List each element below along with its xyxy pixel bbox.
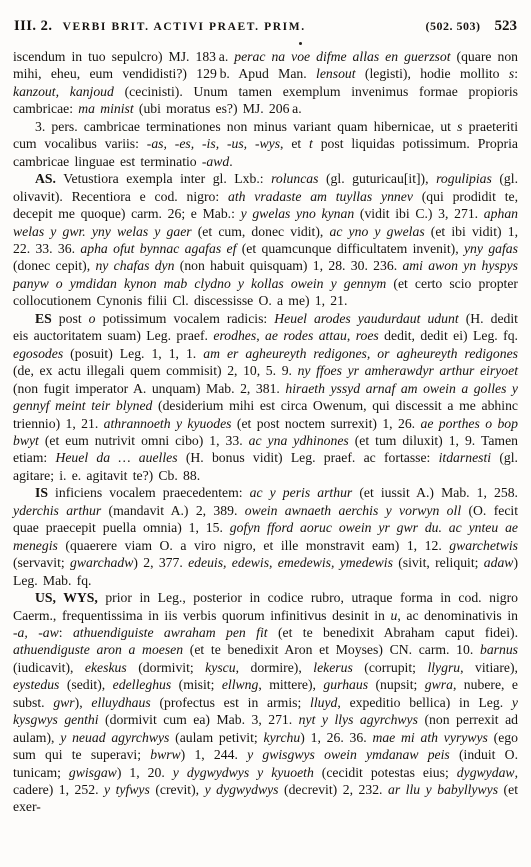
quoted-celtic-text: yderchis arthur	[13, 503, 101, 518]
body-text: (et cum, donec vidit),	[192, 224, 330, 239]
body-text: (corrupit;	[353, 660, 428, 675]
body-text: ) 1, 244.	[181, 747, 247, 762]
body-text: (dormivit cum ea) Mab. 3, 271.	[99, 712, 299, 727]
body-text: (non habuit quisquam) 1, 28. 30. 236.	[174, 258, 402, 273]
quoted-celtic-text: gwr	[53, 695, 74, 710]
quoted-celtic-text: edeuis, edewis, emedewis, ymedewis	[188, 555, 393, 570]
quoted-celtic-text: eystedus	[13, 677, 59, 692]
quoted-celtic-text: lluyd	[310, 695, 337, 710]
body-text: post	[52, 311, 89, 326]
quoted-celtic-text: yny gafas	[464, 241, 518, 256]
body-text: (quaerere viam O. a viro nigro, et ille …	[58, 538, 449, 553]
quoted-celtic-text: adaw	[484, 555, 514, 570]
quoted-celtic-text: y neuad agyrchwys	[60, 730, 169, 745]
body-text: (nupsit;	[368, 677, 425, 692]
paragraph: iscendum in tuo sepulcro) MJ. 183 a. per…	[13, 48, 518, 118]
body-text: (mandavit A.) 2, 389.	[101, 503, 245, 518]
quoted-celtic-text: y dygwydwys	[205, 782, 279, 797]
body-text: (et quamcunque difficultatem invenit),	[236, 241, 464, 256]
body-text: (non fugit imperator A. unquam) Mab. 2, …	[13, 381, 285, 396]
quoted-celtic-text: gwarchadw	[70, 555, 133, 570]
body-text: , mittere),	[258, 677, 323, 692]
quoted-celtic-text: o	[89, 311, 96, 326]
quoted-celtic-text: kanzout, kanjoud	[13, 84, 114, 99]
body-text: (gl. guturicau[it]),	[318, 171, 436, 186]
running-title: VERBI BRIT. ACTIVI PRAET. PRIM.	[63, 21, 306, 33]
quoted-celtic-text: athuendiguste aron a moesen	[13, 642, 183, 657]
body-text: Vetustiora exempla inter gl. Lxb.:	[56, 171, 271, 186]
quoted-celtic-text: llygru	[427, 660, 460, 675]
quoted-celtic-text: elluydhaus	[91, 695, 150, 710]
quoted-celtic-text: -awd	[202, 154, 229, 169]
body-text: US, WYS,	[35, 590, 98, 605]
body-text: ) 1, 26. 36.	[300, 730, 372, 745]
body-text: AS.	[35, 171, 56, 186]
body-text: (de, ex actu illegali quem commisit) 2, …	[13, 363, 298, 378]
body-text: potissimum vocalem radicis:	[96, 311, 275, 326]
quoted-celtic-text: ath vradaste am tuyllas ynnev	[228, 189, 413, 204]
body-text: (iudicavit),	[13, 660, 85, 675]
running-head: III. 2. VERBI BRIT. ACTIVI PRAET. PRIM. …	[0, 0, 531, 35]
quoted-celtic-text: kyrchu	[264, 730, 301, 745]
quoted-celtic-text: ny ffoes yr amherawdyr arthur eiryoet	[298, 363, 518, 378]
quoted-celtic-text: ac yno y gwelas	[329, 224, 424, 239]
body-text: (et te benedixit Aron et Moyses) CN. car…	[183, 642, 480, 657]
quoted-celtic-text: bwrw	[150, 747, 180, 762]
body-text: .	[229, 154, 232, 169]
body-text: dedit, dedit ei) Leg. fq.	[379, 328, 518, 343]
quoted-celtic-text: kyscu	[205, 660, 235, 675]
quoted-celtic-text: gurhaus	[323, 677, 368, 692]
body-text: 3. pers. cambricae terminationes non min…	[35, 119, 457, 134]
body-text: (donec cepit),	[13, 258, 95, 273]
body-text: (dormivit;	[127, 660, 205, 675]
quoted-celtic-text: -a, -aw	[13, 625, 59, 640]
quoted-celtic-text: ekeskus	[85, 660, 127, 675]
body-text: (sivit, reliquit;	[393, 555, 484, 570]
quoted-celtic-text: -as, -es, -is, -us, -wys	[147, 136, 280, 151]
paragraph: IS inficiens vocalem praecedentem: ac y …	[13, 484, 518, 589]
quoted-celtic-text: ma minist	[78, 101, 133, 116]
body-text: iscendum in tuo sepulcro) MJ. 183 a.	[13, 49, 234, 64]
quoted-celtic-text: dygwydaw	[457, 765, 515, 780]
column-reference: (502. 503)	[426, 19, 481, 34]
quoted-celtic-text: perac na voe difme allas en guerzsot	[234, 49, 450, 64]
body-text: (ubi moratus es?) MJ. 206 a.	[134, 101, 302, 116]
body-text: (et iussit A.) Mab. 1, 258.	[352, 485, 518, 500]
quoted-celtic-text: ac yna ydhinones	[249, 433, 349, 448]
quoted-celtic-text: edelleghus	[113, 677, 172, 692]
quoted-celtic-text: itdarnesti	[439, 450, 491, 465]
body-text: ),	[75, 695, 92, 710]
page-number: 523	[495, 18, 518, 35]
quoted-celtic-text: barnus	[480, 642, 518, 657]
body-text: (H. bonus vidit) Leg. praef. ac fortasse…	[178, 450, 439, 465]
body-text: (et te benedixit Abraham caput fidei).	[268, 625, 518, 640]
body-text: (sedit),	[59, 677, 112, 692]
quoted-celtic-text: gwra	[425, 677, 453, 692]
body-text: (crevit),	[150, 782, 205, 797]
quoted-celtic-text: ny chafas dyn	[95, 258, 174, 273]
body-text: , expeditio bellica) in Leg.	[337, 695, 512, 710]
paragraph: ES post o potissimum vocalem radicis: He…	[13, 310, 518, 485]
body-text: , et	[280, 136, 309, 151]
body-text: ,	[256, 328, 265, 343]
body-text: (vidit ibi C.) 3, 271.	[354, 206, 484, 221]
quoted-celtic-text: roes	[356, 328, 379, 343]
quoted-celtic-text: am er agheureyth redigones, or agheureyt…	[203, 346, 518, 361]
body-text: (posuit) Leg. 1, 1, 1.	[63, 346, 203, 361]
quoted-celtic-text: erodhes	[213, 328, 256, 343]
paragraph: 3. pers. cambricae terminationes non min…	[13, 118, 518, 170]
body-text: IS	[35, 485, 48, 500]
quoted-celtic-text: athuendiguiste awraham pen fit	[73, 625, 268, 640]
quoted-celtic-text: athrannoeth y kyuodes	[104, 416, 232, 431]
page-body: iscendum in tuo sepulcro) MJ. 183 a. per…	[0, 35, 531, 816]
quoted-celtic-text: gwarchetwis	[449, 538, 518, 553]
quoted-celtic-text: y gwelas yno kynan	[241, 206, 355, 221]
quoted-celtic-text: Heuel arodes yaudurdaut udunt	[274, 311, 458, 326]
paragraph: US, WYS, prior in Leg., posterior in cod…	[13, 589, 518, 816]
quoted-celtic-text: lekerus	[313, 660, 353, 675]
quoted-celtic-text: ellwng	[222, 677, 259, 692]
body-text: ) 1, 20.	[117, 765, 173, 780]
chapter-section-number: III. 2.	[14, 18, 53, 35]
quoted-celtic-text: egosodes	[13, 346, 63, 361]
body-text: (et post noctem surrexit) 1, 26.	[232, 416, 421, 431]
body-text: , dormire),	[236, 660, 314, 675]
body-text: (legisti), hodie mollito	[356, 66, 509, 81]
body-text: ES	[35, 311, 52, 326]
body-text: :	[514, 66, 518, 81]
quoted-celtic-text: lensout	[316, 66, 356, 81]
body-text: (servavit;	[13, 555, 70, 570]
body-text: (profectus est in armis;	[151, 695, 310, 710]
quoted-celtic-text: rogulipias	[436, 171, 492, 186]
scanned-book-page: III. 2. VERBI BRIT. ACTIVI PRAET. PRIM. …	[0, 0, 531, 867]
quoted-celtic-text: roluncas	[271, 171, 318, 186]
body-text: ) 2, 377.	[133, 555, 188, 570]
body-text: (misit;	[171, 677, 222, 692]
quoted-celtic-text: gwisgaw	[69, 765, 117, 780]
body-text: (decrevit) 2, 232.	[279, 782, 388, 797]
quoted-celtic-text: nyt y llys agyrchwys	[299, 712, 418, 727]
quoted-celtic-text: owein awnaeth aerchis y vorwyn oll	[245, 503, 461, 518]
quoted-celtic-text: y gwisgwys owein ymdanaw peis	[247, 747, 450, 762]
body-text: (aulam petivit;	[169, 730, 263, 745]
quoted-celtic-text: ac y peris arthur	[250, 485, 353, 500]
body-text: (cecidit potestas eius;	[314, 765, 457, 780]
body-text: , ac denominativis in	[397, 608, 518, 623]
quoted-celtic-text: apha ofut bynnac agafas ef	[80, 241, 236, 256]
quoted-celtic-text: y dygwydwys y kyuoeth	[173, 765, 314, 780]
quoted-celtic-text: y tyfwys	[104, 782, 150, 797]
body-text: ,	[347, 328, 356, 343]
quoted-celtic-text: Heuel da … auelles	[55, 450, 177, 465]
scan-speck	[299, 42, 302, 45]
quoted-celtic-text: mae mi ath vyrywys	[372, 730, 487, 745]
quoted-celtic-text: ae rodes attau	[265, 328, 347, 343]
paragraph: AS. Vetustiora exempla inter gl. Lxb.: r…	[13, 170, 518, 310]
body-text: :	[59, 625, 73, 640]
quoted-celtic-text: ar llu y babyllywys	[388, 782, 498, 797]
body-text: (et eum nutrivit omni cibo) 1, 33.	[39, 433, 249, 448]
body-text: , vitiare),	[460, 660, 518, 675]
body-text: inficiens vocalem praecedentem:	[48, 485, 250, 500]
